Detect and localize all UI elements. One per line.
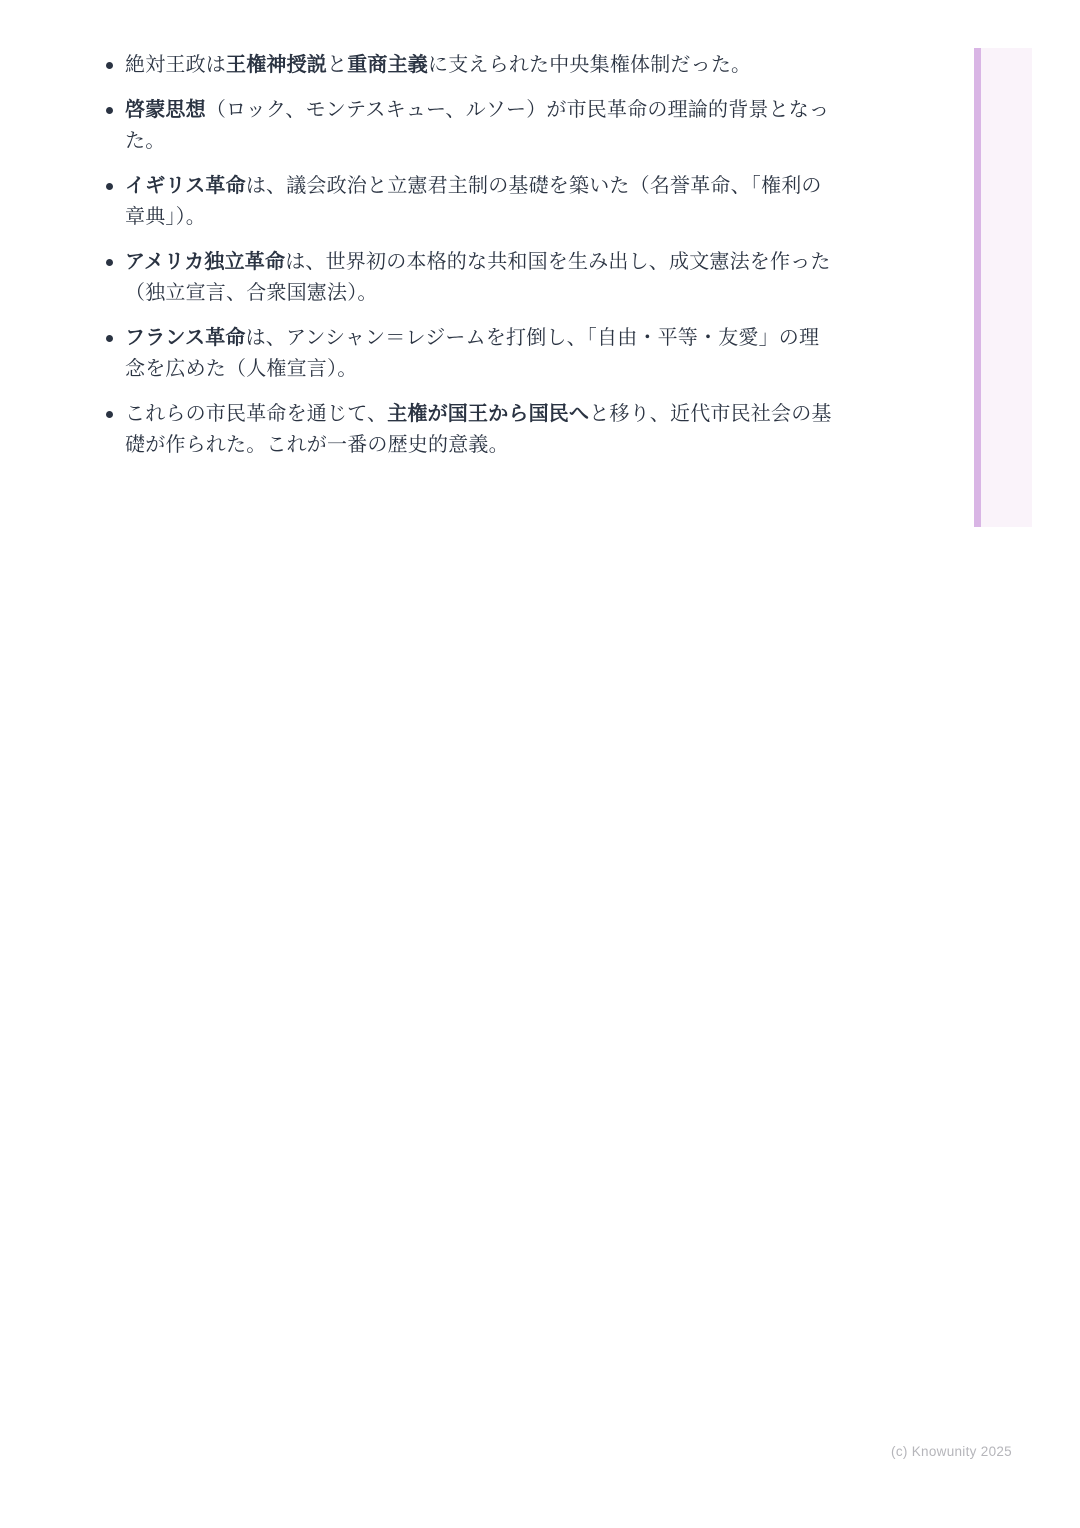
bullet-text-bold-term: 重商主義 [347, 54, 428, 76]
bullet-text-bold-term: イギリス革命 [125, 175, 246, 197]
bullet-item: 絶対王政は王権神授説と重商主義に支えられた中央集権体制だった。 [105, 50, 833, 81]
bullet-text-bold-term: フランス革命 [125, 327, 246, 349]
bullet-item: 啓蒙思想（ロック、モンテスキュー、ルソー）が市民革命の理論的背景となった。 [105, 95, 833, 157]
bullet-text: これらの市民革命を通じて、 [125, 403, 387, 425]
page-edge-panel [981, 48, 1032, 527]
bullet-item: これらの市民革命を通じて、主権が国王から国民へと移り、近代市民社会の基礎が作られ… [105, 399, 833, 461]
bullet-item: イギリス革命は、議会政治と立憲君主制の基礎を築いた（名誉革命、「権利の章典」）。 [105, 171, 833, 233]
bullet-text-bold-term: 主権が国王から国民へ [387, 403, 589, 425]
document-page: 絶対王政は王権神授説と重商主義に支えられた中央集権体制だった。啓蒙思想（ロック、… [0, 0, 1080, 1528]
bullet-text-bold-term: アメリカ独立革命 [125, 251, 285, 273]
bullet-item: フランス革命は、アンシャン＝レジームを打倒し、「自由・平等・友愛」の理念を広めた… [105, 323, 833, 385]
bullet-text-bold-term: 王権神授説 [226, 54, 327, 76]
bullet-text: に支えられた中央集権体制だった。 [428, 54, 751, 76]
bullet-item: アメリカ独立革命は、世界初の本格的な共和国を生み出し、成文憲法を作った（独立宣言… [105, 247, 833, 309]
bullet-text: 絶対王政は [125, 54, 226, 76]
bullet-text-bold-term: 啓蒙思想 [125, 99, 206, 121]
bullet-text: と [327, 54, 347, 76]
footer-copyright: (c) Knowunity 2025 [891, 1444, 1012, 1459]
page-edge-accent-line [974, 48, 981, 527]
bullet-list: 絶対王政は王権神授説と重商主義に支えられた中央集権体制だった。啓蒙思想（ロック、… [105, 50, 833, 475]
bullet-text: （ロック、モンテスキュー、ルソー）が市民革命の理論的背景となった。 [125, 99, 829, 152]
